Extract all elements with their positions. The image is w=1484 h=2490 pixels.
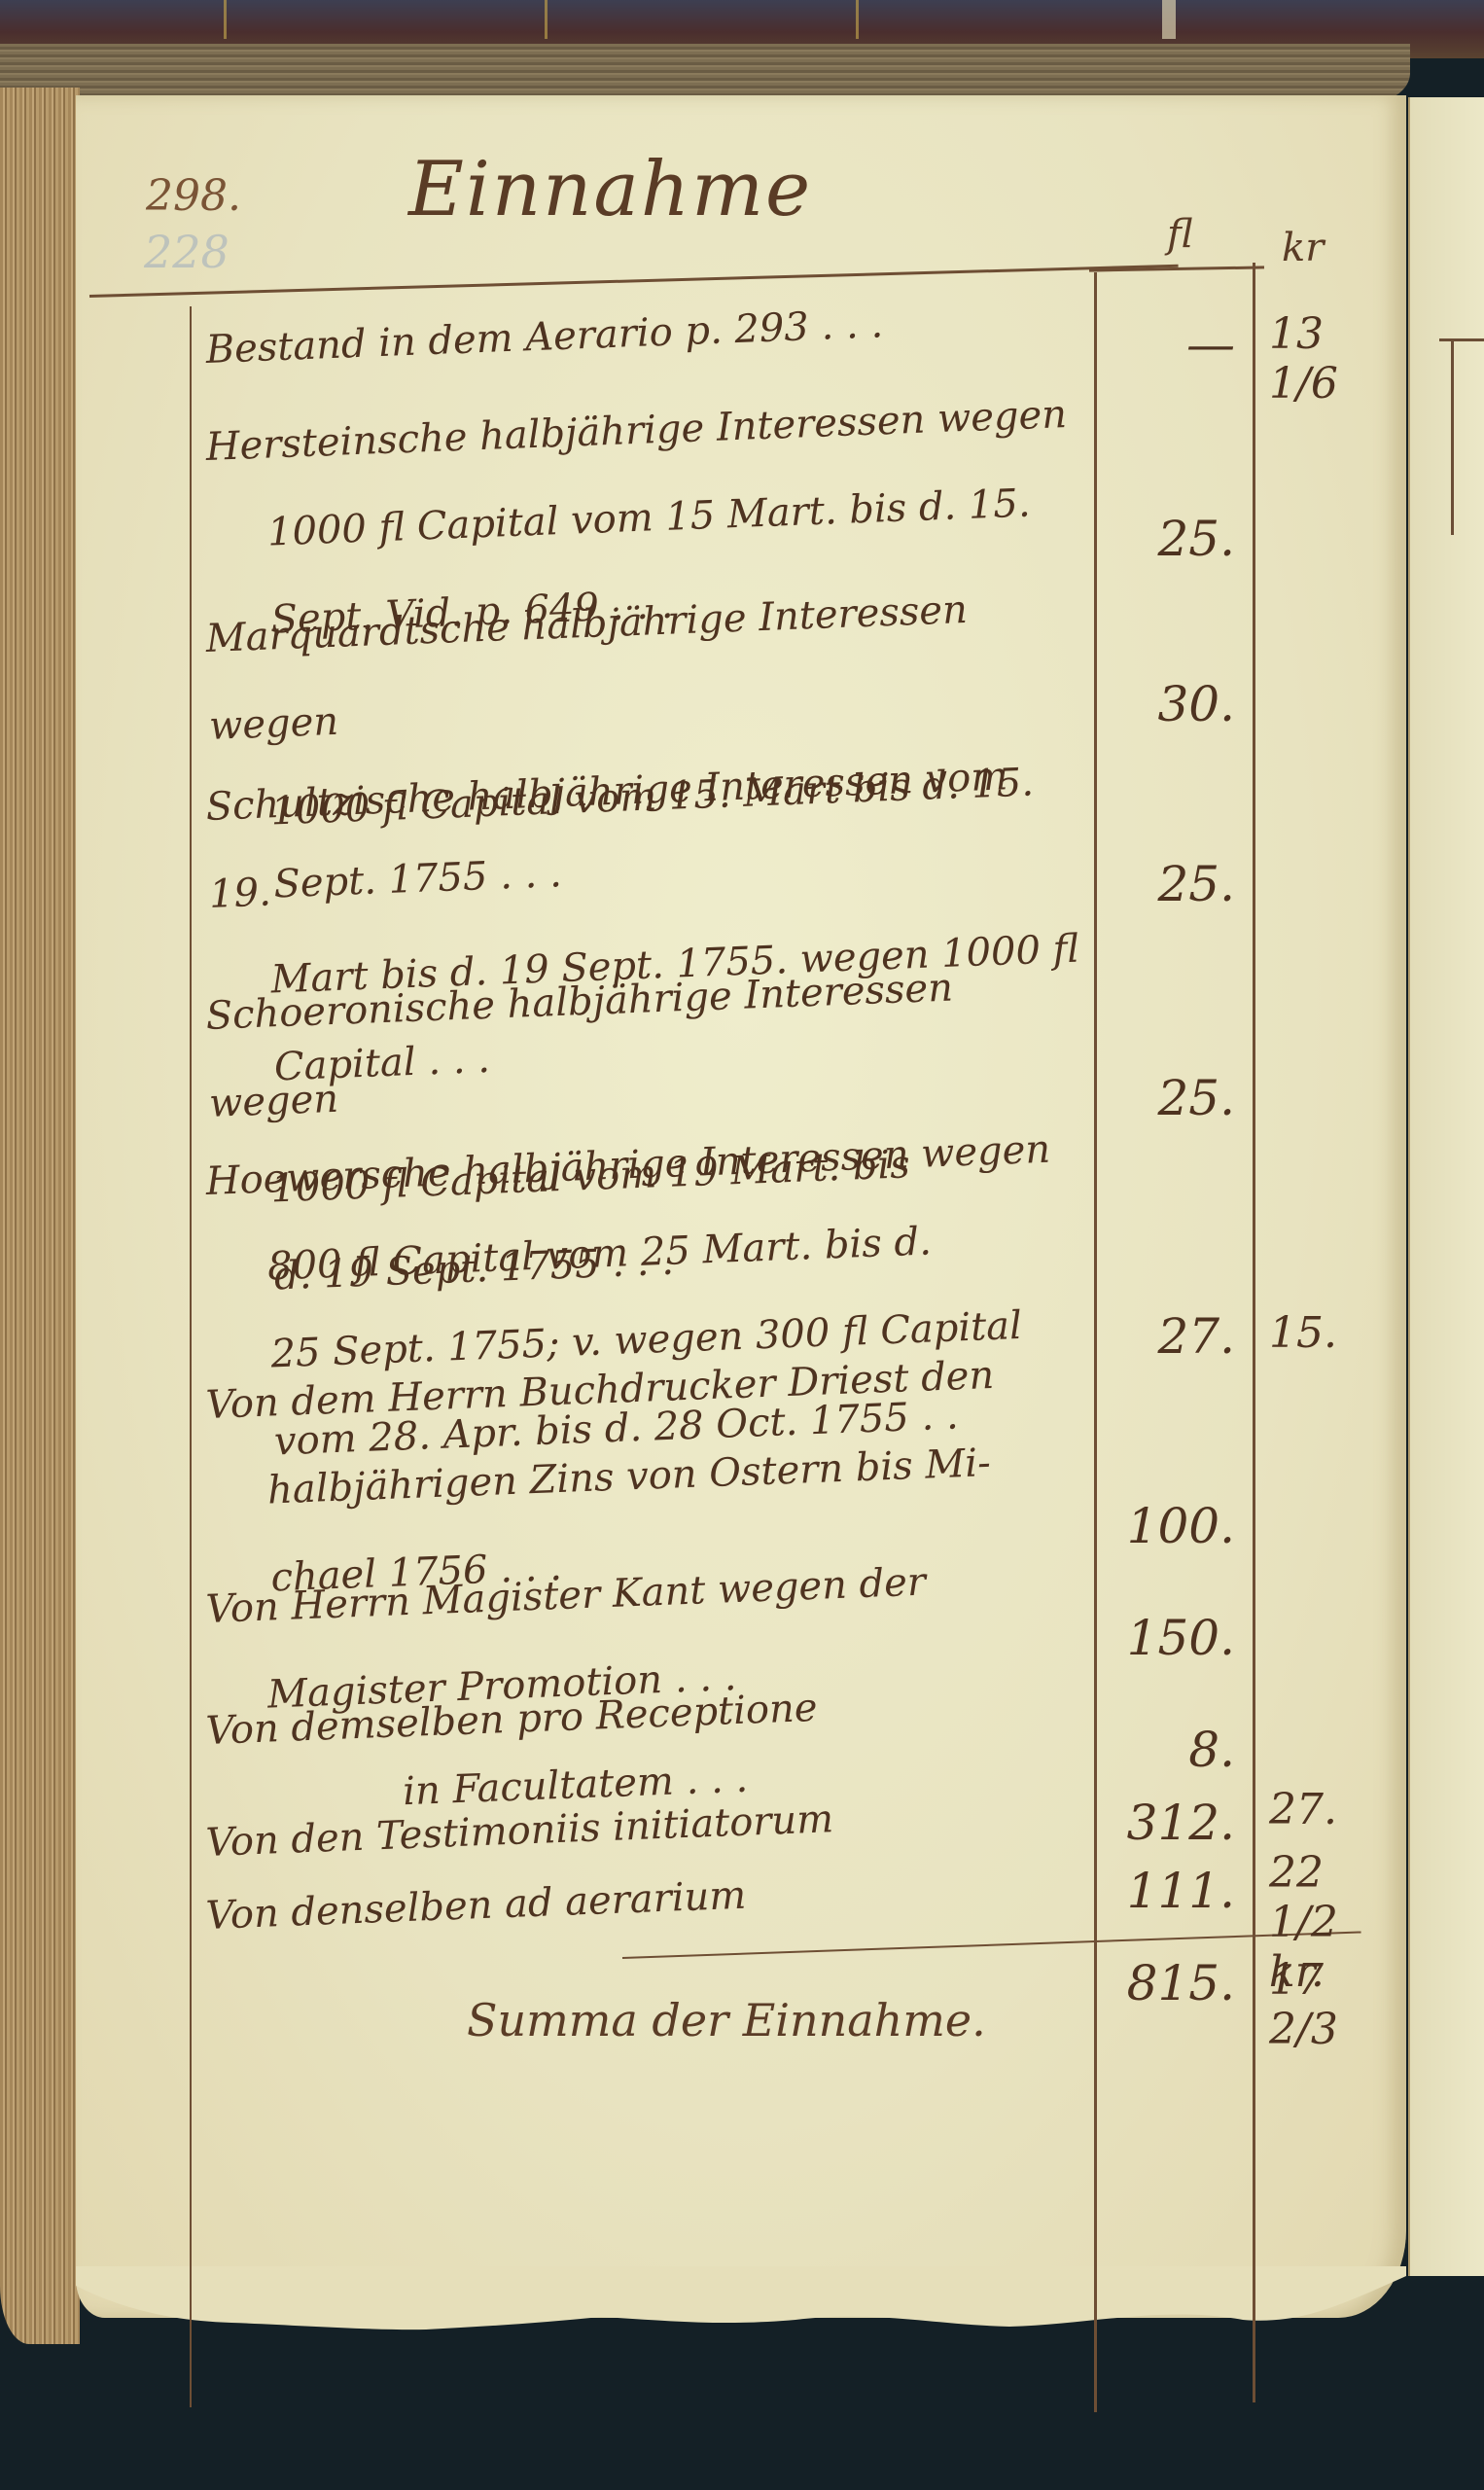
amount-florins: 25.	[1118, 856, 1235, 912]
amount-florins: 8.	[1118, 1722, 1235, 1778]
amount-florins: 27.	[1118, 1308, 1235, 1365]
amount-florins: 111.	[1118, 1863, 1235, 1919]
amount-florins: 30.	[1118, 676, 1235, 732]
entry-line: Schultzische halbjährige Interessen vom …	[205, 754, 1008, 917]
pencil-page-number: 228	[144, 226, 230, 278]
entry-line: Von dem Herrn Buchdrucker Driest den	[205, 1353, 995, 1428]
column-header-florins: fl	[1167, 212, 1193, 257]
total-label: Summa der Einnahme.	[467, 1994, 986, 2046]
total-kreuzer: 17 2/3	[1269, 1955, 1405, 2054]
entry-line: Von demselben pro Receptione	[205, 1686, 818, 1754]
amount-kreuzer: 15.	[1269, 1308, 1405, 1358]
entry-line: Von Herrn Magister Kant wegen der	[205, 1560, 927, 1632]
bookmark-ribbon	[1162, 0, 1176, 39]
entry-line: Hersteinsche halbjährige Interessen wege…	[205, 392, 1068, 470]
book-page-stack-left	[0, 88, 80, 2344]
kreuzer-column-rule	[1253, 263, 1255, 2402]
amount-florins: —	[1118, 316, 1235, 373]
column-header-kreuzer: kr	[1282, 226, 1324, 270]
florin-column-rule	[1094, 272, 1097, 2412]
amount-florins: 100.	[1118, 1498, 1235, 1554]
amount-kreuzer: 13 1/6	[1269, 309, 1405, 409]
amount-florins: 312.	[1118, 1795, 1235, 1851]
book-top-edge	[0, 44, 1410, 102]
page-number: 298.	[146, 171, 241, 221]
cover-gilt-streak	[856, 0, 859, 39]
amount-florins: 25.	[1118, 1070, 1235, 1126]
amount-kreuzer: 27.	[1269, 1785, 1405, 1834]
amount-florins: 150.	[1118, 1610, 1235, 1666]
page-wavy-bottom-edge	[76, 2266, 1406, 2344]
cover-gilt-streak	[545, 0, 548, 39]
left-margin-rule	[190, 306, 192, 2407]
entry-line: Von denselben ad aerarium	[205, 1873, 747, 1939]
amount-florins: 25.	[1118, 511, 1235, 567]
total-florins: 815.	[1118, 1955, 1235, 2011]
entry-line: Marquardtsche halbjährige Interessen weg…	[205, 587, 969, 749]
entry-line: Schoeronische halbjährige Interessen weg…	[205, 965, 954, 1125]
adjacent-page-rule	[1451, 340, 1454, 535]
page-title: Einnahme	[408, 146, 812, 233]
adjacent-page-rule	[1439, 338, 1484, 341]
cover-gilt-streak	[224, 0, 227, 39]
entry-line: Hoewersche halbjährige Interessen wegen	[205, 1127, 1051, 1204]
adjacent-page-edge	[1408, 97, 1484, 2276]
entry-line: Bestand in dem Aerario p. 293 . . .	[205, 302, 884, 373]
